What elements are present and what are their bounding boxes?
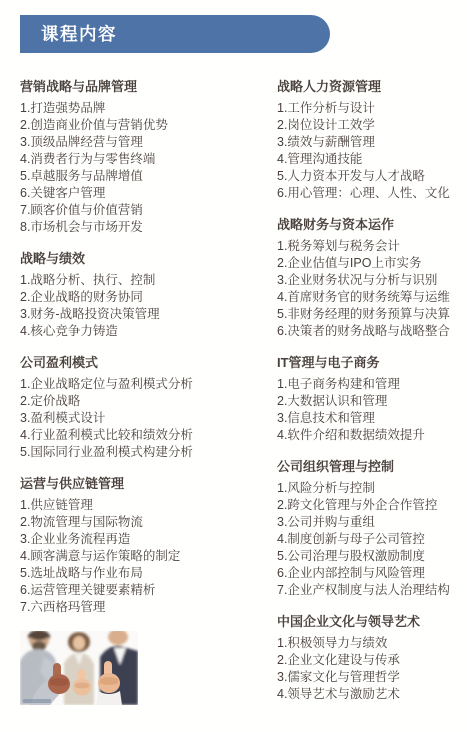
- course-item: 1.战略分析、执行、控制: [20, 272, 257, 289]
- course-section: 中国企业文化与领导艺术1.积极领导力与绩效2.企业文化建设与传承3.儒家文化与管…: [277, 613, 467, 703]
- photo-watermark: [23, 699, 51, 703]
- section-title: 营销战略与品牌管理: [20, 78, 257, 95]
- course-item: 3.企业业务流程再造: [20, 531, 257, 548]
- course-item: 1.风险分析与控制: [277, 480, 467, 497]
- course-item: 2.企业估值与IPO上市实务: [277, 255, 467, 272]
- course-item: 2.物流管理与国际物流: [20, 514, 257, 531]
- course-item: 5.选址战略与作业布局: [20, 565, 257, 582]
- course-item: 3.财务-战略投资决策管理: [20, 306, 257, 323]
- course-item: 1.供应链管理: [20, 497, 257, 514]
- course-item: 1.税务筹划与税务会计: [277, 238, 467, 255]
- section-title: 公司盈利模式: [20, 354, 257, 371]
- course-item: 3.信息技术和管理: [277, 410, 467, 427]
- course-item: 8.市场机会与市场开发: [20, 219, 257, 236]
- course-item: 6.运营管理关键要素精析: [20, 582, 257, 599]
- header-banner: 课程内容: [20, 15, 330, 53]
- course-item: 3.盈利模式设计: [20, 410, 257, 427]
- course-item: 2.大数据认识和管理: [277, 393, 467, 410]
- section-item-list: 1.战略分析、执行、控制2.企业战略的财务协同3.财务-战略投资决策管理4.核心…: [20, 272, 257, 340]
- course-item: 1.企业战略定位与盈利模式分析: [20, 376, 257, 393]
- page-title: 课程内容: [20, 15, 330, 53]
- course-item: 2.定价战略: [20, 393, 257, 410]
- course-item: 4.顾客满意与运作策略的制定: [20, 548, 257, 565]
- course-item: 3.顶级品牌经营与管理: [20, 134, 257, 151]
- course-section: 公司组织管理与控制1.风险分析与控制2.跨文化管理与外企合作管控3.公司并购与重…: [277, 458, 467, 599]
- course-item: 2.跨文化管理与外企合作管控: [277, 497, 467, 514]
- course-item: 1.打造强势品牌: [20, 100, 257, 117]
- section-item-list: 1.积极领导力与绩效2.企业文化建设与传承3.儒家文化与管理哲学4.领导艺术与激…: [277, 635, 467, 703]
- section-item-list: 1.税务筹划与税务会计2.企业估值与IPO上市实务3.企业财务状况与分析与识别4…: [277, 238, 467, 340]
- course-item: 1.工作分析与设计: [277, 100, 467, 117]
- course-item: 2.企业文化建设与传承: [277, 652, 467, 669]
- course-section: 战略与绩效1.战略分析、执行、控制2.企业战略的财务协同3.财务-战略投资决策管…: [20, 250, 257, 340]
- course-item: 5.国际同行业盈利模式构建分析: [20, 444, 257, 461]
- thumbs-up-illustration: [20, 631, 138, 705]
- course-item: 4.核心竞争力铸造: [20, 323, 257, 340]
- section-item-list: 1.风险分析与控制2.跨文化管理与外企合作管控3.公司并购与重组4.制度创新与母…: [277, 480, 467, 599]
- section-item-list: 1.企业战略定位与盈利模式分析2.定价战略3.盈利模式设计4.行业盈利模式比较和…: [20, 376, 257, 461]
- course-item: 2.岗位设计工效学: [277, 117, 467, 134]
- course-section: 战略人力资源管理1.工作分析与设计2.岗位设计工效学3.绩效与薪酬管理4.管理沟…: [277, 78, 467, 202]
- business-team-thumbs-up-photo: [20, 631, 138, 705]
- left-column-sections: 营销战略与品牌管理1.打造强势品牌2.创造商业价值与营销优势3.顶级品牌经营与管…: [20, 78, 257, 616]
- course-item: 6.企业内部控制与风险管理: [277, 565, 467, 582]
- content-columns: 营销战略与品牌管理1.打造强势品牌2.创造商业价值与营销优势3.顶级品牌经营与管…: [20, 58, 467, 705]
- course-item: 6.关键客户管理: [20, 185, 257, 202]
- course-item: 4.管理沟通技能: [277, 151, 467, 168]
- section-item-list: 1.供应链管理2.物流管理与国际物流3.企业业务流程再造4.顾客满意与运作策略的…: [20, 497, 257, 616]
- section-item-list: 1.工作分析与设计2.岗位设计工效学3.绩效与薪酬管理4.管理沟通技能5.人力资…: [277, 100, 467, 202]
- course-item: 5.非财务经理的财务预算与决算: [277, 306, 467, 323]
- course-item: 7.企业产权制度与法人治理结构: [277, 582, 467, 599]
- course-item: 3.儒家文化与管理哲学: [277, 669, 467, 686]
- course-content-flyer: 课程内容 营销战略与品牌管理1.打造强势品牌2.创造商业价值与营销优势3.顶级品…: [0, 0, 467, 732]
- course-item: 3.公司并购与重组: [277, 514, 467, 531]
- course-item: 7.顾客价值与价值营销: [20, 202, 257, 219]
- course-item: 4.首席财务官的财务统筹与运维: [277, 289, 467, 306]
- course-section: 战略财务与资本运作1.税务筹划与税务会计2.企业估值与IPO上市实务3.企业财务…: [277, 216, 467, 340]
- course-section: 公司盈利模式1.企业战略定位与盈利模式分析2.定价战略3.盈利模式设计4.行业盈…: [20, 354, 257, 461]
- course-item: 6.用心管理：心理、人性、文化: [277, 185, 467, 202]
- course-item: 2.企业战略的财务协同: [20, 289, 257, 306]
- section-title: 战略财务与资本运作: [277, 216, 467, 233]
- course-item: 3.企业财务状况与分析与识别: [277, 272, 467, 289]
- section-title: 战略人力资源管理: [277, 78, 467, 95]
- section-title: IT管理与电子商务: [277, 354, 467, 371]
- course-item: 1.积极领导力与绩效: [277, 635, 467, 652]
- course-item: 6.决策者的财务战略与战略整合: [277, 323, 467, 340]
- course-item: 4.制度创新与母子公司管控: [277, 531, 467, 548]
- course-item: 1.电子商务构建和管理: [277, 376, 467, 393]
- right-column-sections: 战略人力资源管理1.工作分析与设计2.岗位设计工效学3.绩效与薪酬管理4.管理沟…: [277, 78, 467, 703]
- course-section: IT管理与电子商务1.电子商务构建和管理2.大数据认识和管理3.信息技术和管理4…: [277, 354, 467, 444]
- section-title: 公司组织管理与控制: [277, 458, 467, 475]
- course-item: 2.创造商业价值与营销优势: [20, 117, 257, 134]
- course-section: 营销战略与品牌管理1.打造强势品牌2.创造商业价值与营销优势3.顶级品牌经营与管…: [20, 78, 257, 236]
- right-column: 战略人力资源管理1.工作分析与设计2.岗位设计工效学3.绩效与薪酬管理4.管理沟…: [277, 58, 467, 705]
- section-item-list: 1.打造强势品牌2.创造商业价值与营销优势3.顶级品牌经营与管理4.消费者行为与…: [20, 100, 257, 236]
- course-item: 4.领导艺术与激励艺术: [277, 686, 467, 703]
- section-title: 运营与供应链管理: [20, 475, 257, 492]
- course-section: 运营与供应链管理1.供应链管理2.物流管理与国际物流3.企业业务流程再造4.顾客…: [20, 475, 257, 616]
- course-item: 4.消费者行为与零售终端: [20, 151, 257, 168]
- course-item: 5.卓越服务与品牌增值: [20, 168, 257, 185]
- section-title: 中国企业文化与领导艺术: [277, 613, 467, 630]
- course-item: 5.公司治理与股权激励制度: [277, 548, 467, 565]
- section-title: 战略与绩效: [20, 250, 257, 267]
- left-column: 营销战略与品牌管理1.打造强势品牌2.创造商业价值与营销优势3.顶级品牌经营与管…: [20, 58, 257, 705]
- course-item: 5.人力资本开发与人才战略: [277, 168, 467, 185]
- section-item-list: 1.电子商务构建和管理2.大数据认识和管理3.信息技术和管理4.软件介绍和数据绩…: [277, 376, 467, 444]
- course-item: 3.绩效与薪酬管理: [277, 134, 467, 151]
- course-item: 4.行业盈利模式比较和绩效分析: [20, 427, 257, 444]
- course-item: 4.软件介绍和数据绩效提升: [277, 427, 467, 444]
- course-item: 7.六西格玛管理: [20, 599, 257, 616]
